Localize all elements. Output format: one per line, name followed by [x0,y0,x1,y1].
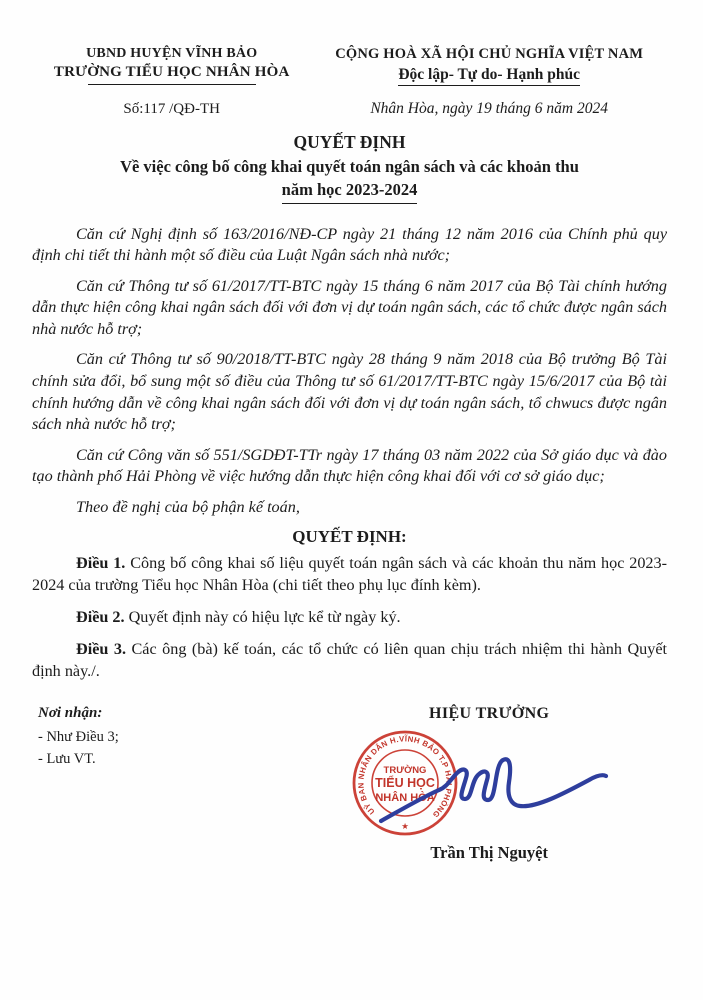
article-2-label: Điều 2. [76,608,125,626]
recital-paragraph: Căn cứ Công văn số 551/SGDĐT-TTr ngày 17… [32,445,667,488]
official-stamp-icon: UỶ BAN NHÂN DÂN H.VĨNH BẢO T.P HẢI PHÒNG… [354,732,456,834]
decision-heading: QUYẾT ĐỊNH: [32,527,667,547]
document-subject-line1: Về việc công bố công khai quyết toán ngâ… [32,155,667,178]
signer-name: Trần Thị Nguyệt [311,843,667,863]
signer-title: HIỆU TRƯỞNG [311,705,667,723]
stamp-center-line1: TRƯỜNG [384,764,427,776]
document-title-block: QUYẾT ĐỊNH Về việc công bố công khai quy… [32,130,667,204]
article-2-text: Quyết định này có hiệu lực kể từ ngày ký… [129,608,401,626]
document-subject-line2: năm học 2023-2024 [282,178,418,204]
document-header: UBND HUYỆN VĨNH BẢO TRƯỜNG TIỂU HỌC NHÂN… [32,46,667,118]
signature-block: HIỆU TRƯỞNG UỶ BAN NHÂN DÂN H.VĨNH BẢO T… [311,705,667,905]
article-3-label: Điều 3. [76,640,126,658]
stamp-and-signature-graphic: UỶ BAN NHÂN DÂN H.VĨNH BẢO T.P HẢI PHÒNG… [311,727,667,847]
recital-paragraph: Căn cứ Thông tư số 90/2018/TT-BTC ngày 2… [32,349,667,435]
country-title: CỘNG HOÀ XÃ HỘI CHỦ NGHĨA VIỆT NAM [311,46,667,63]
national-motto-block: CỘNG HOÀ XÃ HỘI CHỦ NGHĨA VIỆT NAM Độc l… [311,46,667,118]
header-left-rule [88,84,256,85]
article-1: Điều 1. Công bố công khai số liệu quyết … [32,553,667,597]
document-body: Căn cứ Nghị định số 163/2016/NĐ-CP ngày … [32,224,667,683]
article-3-text: Các ông (bà) kế toán, các tổ chức có liê… [32,640,667,680]
recital-paragraph: Căn cứ Nghị định số 163/2016/NĐ-CP ngày … [32,224,667,267]
stamp-star-icon: ★ [402,821,410,831]
article-2: Điều 2. Quyết định này có hiệu lực kể từ… [32,607,667,629]
motto: Độc lập- Tự do- Hạnh phúc [398,66,580,86]
article-1-text: Công bố công khai số liệu quyết toán ngâ… [32,554,667,594]
document-page: UBND HUYỆN VĨNH BẢO TRƯỜNG TIỂU HỌC NHÂN… [0,0,703,1000]
article-1-label: Điều 1. [76,554,125,572]
issuing-authority-block: UBND HUYỆN VĨNH BẢO TRƯỜNG TIỂU HỌC NHÂN… [32,46,311,118]
document-type-title: QUYẾT ĐỊNH [32,130,667,155]
document-number: Số:117 /QĐ-TH [32,101,311,118]
recipient-item: - Như Điều 3; [38,726,311,748]
parent-authority: UBND HUYỆN VĨNH BẢO [32,46,311,62]
recipients-heading: Nơi nhận: [38,705,311,722]
article-3: Điều 3. Các ông (bà) kế toán, các tổ chứ… [32,639,667,683]
recital-paragraph: Căn cứ Thông tư số 61/2017/TT-BTC ngày 1… [32,276,667,341]
document-footer: Nơi nhận: - Như Điều 3; - Lưu VT. HIỆU T… [32,705,667,905]
recipients-block: Nơi nhận: - Như Điều 3; - Lưu VT. [32,705,311,905]
recipient-item: - Lưu VT. [38,748,311,770]
recital-paragraph: Theo đề nghị của bộ phận kế toán, [32,497,667,519]
stamp-center-line2: TIỂU HỌC [376,775,436,790]
place-and-date: Nhân Hòa, ngày 19 tháng 6 năm 2024 [311,100,667,118]
school-name: TRƯỜNG TIỂU HỌC NHÂN HÒA [32,64,311,81]
